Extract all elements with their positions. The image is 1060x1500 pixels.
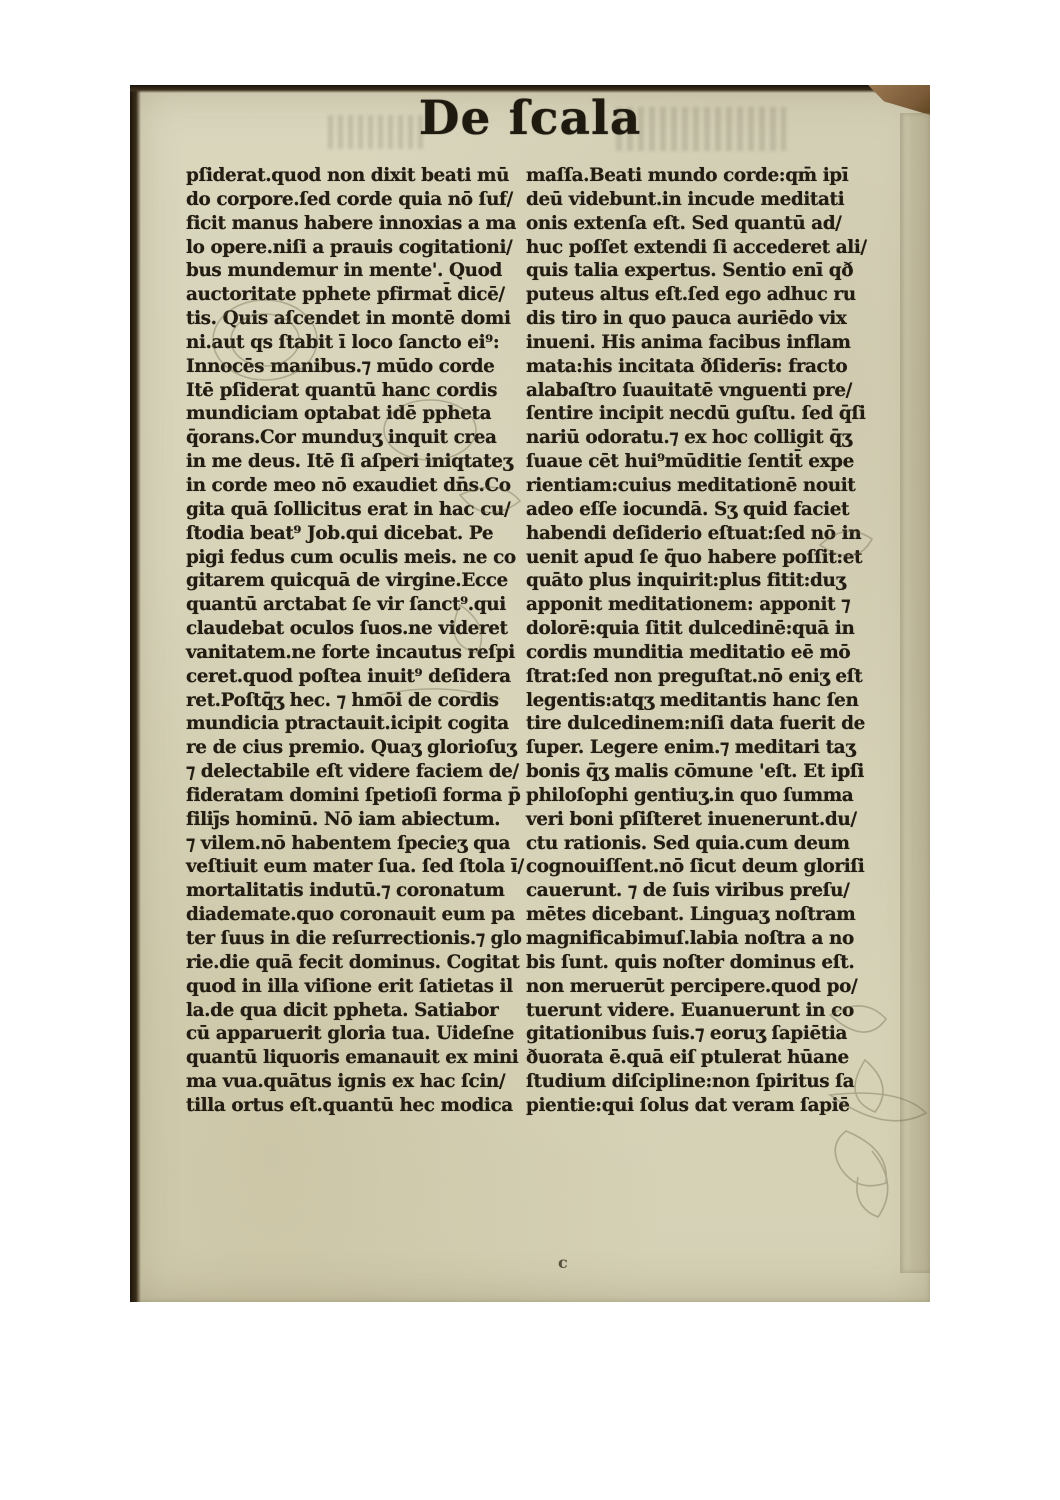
text-line: dolorē:quia ſitit dulcedinē:quā in [526, 617, 878, 641]
scan-background: De ſcala pſiderat.quod non dixit beati m… [0, 0, 1060, 1500]
text-line: do corpore.ſed corde quia nō ſuf/ [186, 188, 524, 212]
text-line: dis tiro in quo pauca auriēdo vix [526, 307, 878, 331]
text-line: gitationibus ſuis.⁊ eoruʒ ſapiētia [526, 1022, 878, 1046]
text-line: filij̄s hominū. Nō iam abiectum. [186, 808, 524, 832]
text-line: onis extenſa eſt. Sed quantū ad/ [526, 212, 878, 236]
text-line: pſiderat.quod non dixit beati mū [186, 164, 524, 188]
text-line: habendi deſiderio eſtuat:ſed nō in [526, 522, 878, 546]
text-line: ſtodia beat⁹ Job.qui dicebat. Pe [186, 522, 524, 546]
text-line: ma vua.quātus ignis ex hac ſcin/ [186, 1070, 524, 1094]
text-line: ni.aut qs ſtabit ī loco ſancto ei⁹: [186, 331, 524, 355]
text-column-left: pſiderat.quod non dixit beati mūdo corpo… [186, 164, 524, 1118]
text-line: ſuaue cēt hui⁹mūditie ſentit̄ expe [526, 450, 878, 474]
text-line: adeo eſſe iocundā. Sʒ quid faciet [526, 498, 878, 522]
text-line: legentis:atqʒ meditantis hanc ſen [526, 689, 878, 713]
text-line: uenit apud ſe q̄uo habere poſſit:et [526, 546, 878, 570]
text-line: bis ſunt. quis noſter dominus eſt. [526, 951, 878, 975]
text-line: quāto plus inquirit:plus fitit:duʒ [526, 569, 878, 593]
text-line: Itē pſiderat quantū hanc cordis [186, 379, 524, 403]
text-line: mētes dicebant. Linguaʒ noſtram [526, 903, 878, 927]
page-title: De ſcala [130, 91, 930, 146]
text-line: in corde meo nō exaudiet dn̄s.Co [186, 474, 524, 498]
text-line: la.de qua dicit ppheta. Satiabor [186, 999, 524, 1023]
text-line: inueni. His anima facibus inflam [526, 331, 878, 355]
text-line: claudebat oculos ſuos.ne videret [186, 617, 524, 641]
text-line: bus mundemur in mente'. Quod [186, 259, 524, 283]
text-line: cordis munditia meditatio eē mō [526, 641, 878, 665]
book-fore-edge [900, 113, 930, 1273]
text-line: vanitatem.ne forte incautus reſpi [186, 641, 524, 665]
text-line: Innocēs manibus.⁊ mūdo corde [186, 355, 524, 379]
text-line: ter ſuus in die reſurrectionis.⁊ glo [186, 927, 524, 951]
text-line: apponit meditationem: apponit ⁊ [526, 593, 878, 617]
text-line: ſentire incipit necdū guſtu. ſed q̄ſi [526, 402, 878, 426]
text-line: pigi fedus cum oculis meis. ne co [186, 546, 524, 570]
text-line: quis talia expertus. Sentio enī qð [526, 259, 878, 283]
signature-mark: c [558, 1253, 568, 1272]
text-line: rientiam:cuius meditationē nouit [526, 474, 878, 498]
text-line: tire dulcedinem:niſi data fuerit de [526, 712, 878, 736]
text-line: quod in illa viſione erit ſatietas il [186, 975, 524, 999]
text-line: magnificabimuſ.labia noſtra a no [526, 927, 878, 951]
text-line: ceret.quod poſtea inuit⁹ deſidera [186, 665, 524, 689]
text-line: ſuper. Legere enim.⁊ meditari taʒ [526, 736, 878, 760]
text-line: tilla ortus eſt.quantū hec modica [186, 1094, 524, 1118]
text-line: rie.die quā fecit dominus. Cogitat [186, 951, 524, 975]
text-line: ficit manus habere innoxias a ma [186, 212, 524, 236]
text-line: tuerunt videre. Euanuerunt in co [526, 999, 878, 1023]
text-line: ſtudium diſcipline:non ſpiritus ſa [526, 1070, 878, 1094]
text-line: auctoritate pphete pfirmat̄ dicē/ [186, 283, 524, 307]
text-line: fideratam domini ſpetioſi forma p̄ [186, 784, 524, 808]
text-line: cognouiſſent.nō ſicut deum gloriſi [526, 855, 878, 879]
text-line: lo opere.niſi a prauis cogitationi/ [186, 236, 524, 260]
text-column-right: maſſa.Beati mundo corde:qm̄ ipīdeū videb… [526, 164, 878, 1118]
text-line: bonis q̄ʒ malis cōmune 'eſt. Et ipſi [526, 760, 878, 784]
text-line: mortalitatis indutū.⁊ coronatum [186, 879, 524, 903]
text-line: alabaſtro ſuauitatē vnguenti pre/ [526, 379, 878, 403]
text-line: diademate.quo coronauit eum pa [186, 903, 524, 927]
text-line: cū apparuerit gloria tua. Uideſne [186, 1022, 524, 1046]
text-line: gitarem quicquā de virgine.Ecce [186, 569, 524, 593]
text-line: philoſophi gentiuʒ.in quo ſumma [526, 784, 878, 808]
text-line: quantū arctabat ſe vir ſanct⁹.qui [186, 593, 524, 617]
text-line: mundicia ptractauit.icipit cogita [186, 712, 524, 736]
text-line: ctu rationis. Sed quia.cum deum [526, 832, 878, 856]
text-line: tis. Quis aſcendet in montē domi [186, 307, 524, 331]
text-line: mata:his incitata ðſiderīs: fracto [526, 355, 878, 379]
text-line: pientie:qui ſolus dat veram ſapiē [526, 1094, 878, 1118]
text-line: gita quā ſollicitus erat in hac cu/ [186, 498, 524, 522]
text-line: veſtiuit eum mater ſua. ſed ſtola ī/ [186, 855, 524, 879]
text-line: nariū odoratu.⁊ ex hoc colligit q̄ʒ [526, 426, 878, 450]
text-line: non meruerūt percipere.quod po/ [526, 975, 878, 999]
text-line: re de cius premio. Quaʒ glorioſuʒ [186, 736, 524, 760]
text-line: huc poſſet extendi ſi accederet ali/ [526, 236, 878, 260]
text-line: ⁊ delectabile eſt videre faciem de/ [186, 760, 524, 784]
text-line: in me deus. Itē ſi aſperi iniqtateʒ [186, 450, 524, 474]
text-line: ret.Poſtq̄ʒ hec. ⁊ hmōi de cordis [186, 689, 524, 713]
text-line: quantū liquoris emanauit ex mini [186, 1046, 524, 1070]
text-line: q̄orans.Cor munduʒ inquit crea [186, 426, 524, 450]
text-line: cauerunt. ⁊ de ſuis viribus preſu/ [526, 879, 878, 903]
text-line: veri boni pſiſteret inuenerunt.du/ [526, 808, 878, 832]
page-left-dark-edge [130, 85, 141, 1302]
text-line: ⁊ vilem.nō habentem ſpecieʒ qua [186, 832, 524, 856]
text-line: deū videbunt.in incude meditati [526, 188, 878, 212]
text-line: mundiciam optabat idē ppheta [186, 402, 524, 426]
book-page-photo: De ſcala pſiderat.quod non dixit beati m… [130, 85, 930, 1302]
text-line: maſſa.Beati mundo corde:qm̄ ipī [526, 164, 878, 188]
text-line: ſtrat:ſed non preguſtat.nō eniʒ eſt [526, 665, 878, 689]
text-line: puteus altus eſt.ſed ego adhuc ru [526, 283, 878, 307]
text-line: ðuorata ē.quā eiſ ptulerat hūane [526, 1046, 878, 1070]
